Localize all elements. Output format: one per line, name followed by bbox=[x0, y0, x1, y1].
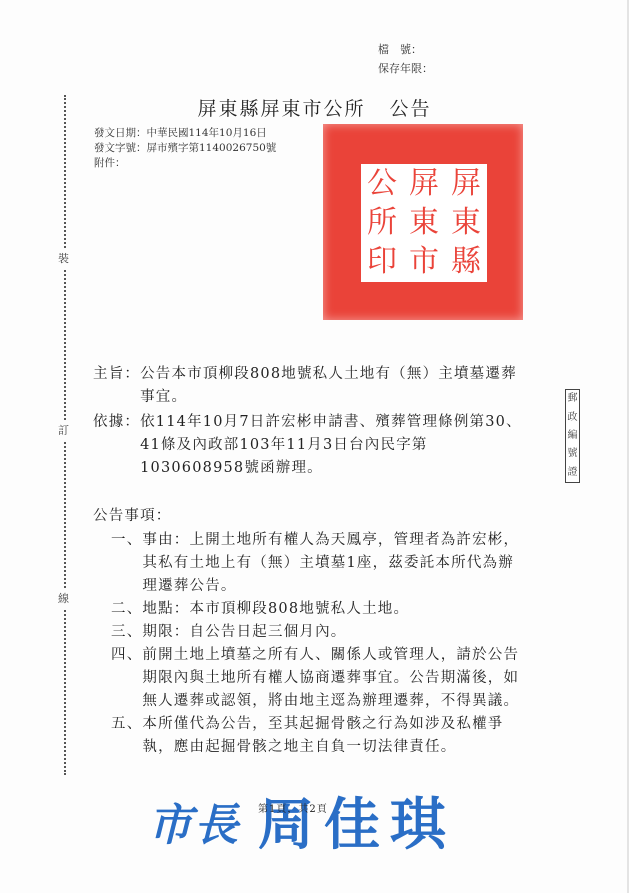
seal-char: 縣 bbox=[445, 243, 487, 282]
document-title: 屏東縣屏東市公所公告 bbox=[0, 94, 629, 121]
attachment-label: 附件： bbox=[94, 156, 276, 171]
notice-item-5: 五、 本所僅代為公告，至其起掘骨骸之行為如涉及私權爭執，應由起掘骨骸之地主自負一… bbox=[111, 713, 525, 759]
subject-paragraph: 主旨： 公告本市頂柳段808地號私人土地有（無）主墳墓遷葬事宜。 bbox=[93, 363, 523, 409]
binding-label-zhuang: 裝 bbox=[58, 248, 69, 268]
document-type: 公告 bbox=[390, 98, 432, 120]
side-stamp-char: 編 bbox=[568, 431, 578, 441]
archive-number-label: 檔 號： bbox=[378, 40, 433, 59]
seal-char: 所 bbox=[361, 203, 403, 242]
item-number: 一、 bbox=[111, 529, 142, 598]
notice-item-1: 一、 事由：上開土地所有權人為天鳳亭，管理者為許宏彬，其私有土地上有（無）主墳墓… bbox=[111, 529, 525, 598]
seal-char: 東 bbox=[403, 203, 445, 242]
side-stamp: 郵 政 編 號 證 bbox=[565, 389, 580, 483]
basis-text: 依114年10月7日許宏彬申請書、殯葬管理條例第30、41條及內政部103年11… bbox=[140, 411, 523, 480]
item-text: 本所僅代為公告，至其起掘骨骸之行為如涉及私權爭執，應由起掘骨骸之地主自負一切法律… bbox=[142, 713, 525, 759]
side-stamp-char: 證 bbox=[568, 468, 578, 478]
subject-text: 公告本市頂柳段808地號私人土地有（無）主墳墓遷葬事宜。 bbox=[140, 363, 523, 409]
seal-char: 屏 bbox=[445, 164, 487, 203]
seal-characters: 屏 東 縣 屏 東 市 公 所 印 bbox=[361, 164, 487, 282]
mayor-signature: 市長 周佳琪 bbox=[148, 786, 478, 856]
notice-heading: 公告事項： bbox=[93, 505, 172, 528]
item-text: 前開土地上墳墓之所有人、關係人或管理人，請於公告期限內與土地所有權人協商遷葬事宜… bbox=[142, 644, 525, 713]
notice-item-3: 三、 期限：自公告日起三個月內。 bbox=[111, 621, 525, 644]
seal-char: 屏 bbox=[403, 164, 445, 203]
side-stamp-char: 郵 bbox=[568, 394, 578, 404]
issue-date: 發文日期：中華民國114年10月16日 bbox=[94, 126, 276, 141]
file-meta: 檔 號： 保存年限： bbox=[378, 40, 433, 78]
seal-char: 東 bbox=[445, 203, 487, 242]
item-number: 四、 bbox=[111, 644, 142, 713]
item-number: 二、 bbox=[111, 598, 142, 621]
binding-label-ding: 訂 bbox=[58, 420, 69, 440]
item-text: 期限：自公告日起三個月內。 bbox=[142, 621, 525, 644]
official-seal: 屏 東 縣 屏 東 市 公 所 印 bbox=[323, 124, 523, 320]
item-number: 五、 bbox=[111, 713, 142, 759]
issue-info: 發文日期：中華民國114年10月16日 發文字號：屏市殯字第1140026750… bbox=[94, 126, 276, 171]
notice-item-4: 四、 前開土地上墳墓之所有人、關係人或管理人，請於公告期限內與土地所有權人協商遷… bbox=[111, 644, 525, 713]
side-stamp-char: 號 bbox=[568, 449, 578, 459]
notice-items: 一、 事由：上開土地所有權人為天鳳亭，管理者為許宏彬，其私有土地上有（無）主墳墓… bbox=[93, 529, 525, 759]
seal-char: 印 bbox=[361, 243, 403, 282]
basis-paragraph: 依據： 依114年10月7日許宏彬申請書、殯葬管理條例第30、41條及內政部10… bbox=[93, 411, 523, 480]
seal-char: 公 bbox=[361, 164, 403, 203]
item-text: 地點：本市頂柳段808地號私人土地。 bbox=[142, 598, 525, 621]
notice-item-2: 二、 地點：本市頂柳段808地號私人土地。 bbox=[111, 598, 525, 621]
issuing-organization: 屏東縣屏東市公所 bbox=[197, 98, 365, 120]
side-stamp-char: 政 bbox=[568, 413, 578, 423]
item-text: 事由：上開土地所有權人為天鳳亭，管理者為許宏彬，其私有土地上有（無）主墳墓1座，… bbox=[142, 529, 525, 598]
signature-title: 市長 bbox=[148, 789, 240, 853]
page-indicator: 第1頁，共2頁 bbox=[258, 800, 328, 815]
reference-number: 發文字號：屏市殯字第1140026750號 bbox=[94, 141, 276, 156]
signature-name: 周佳琪 bbox=[258, 781, 456, 861]
subject-label: 主旨： bbox=[93, 363, 140, 409]
binding-label-xian: 線 bbox=[58, 588, 69, 608]
retention-period-label: 保存年限： bbox=[378, 59, 433, 78]
document-page: 檔 號： 保存年限： 屏東縣屏東市公所公告 發文日期：中華民國114年10月16… bbox=[0, 0, 629, 893]
basis-label: 依據： bbox=[93, 411, 140, 480]
seal-char: 市 bbox=[403, 243, 445, 282]
item-number: 三、 bbox=[111, 621, 142, 644]
